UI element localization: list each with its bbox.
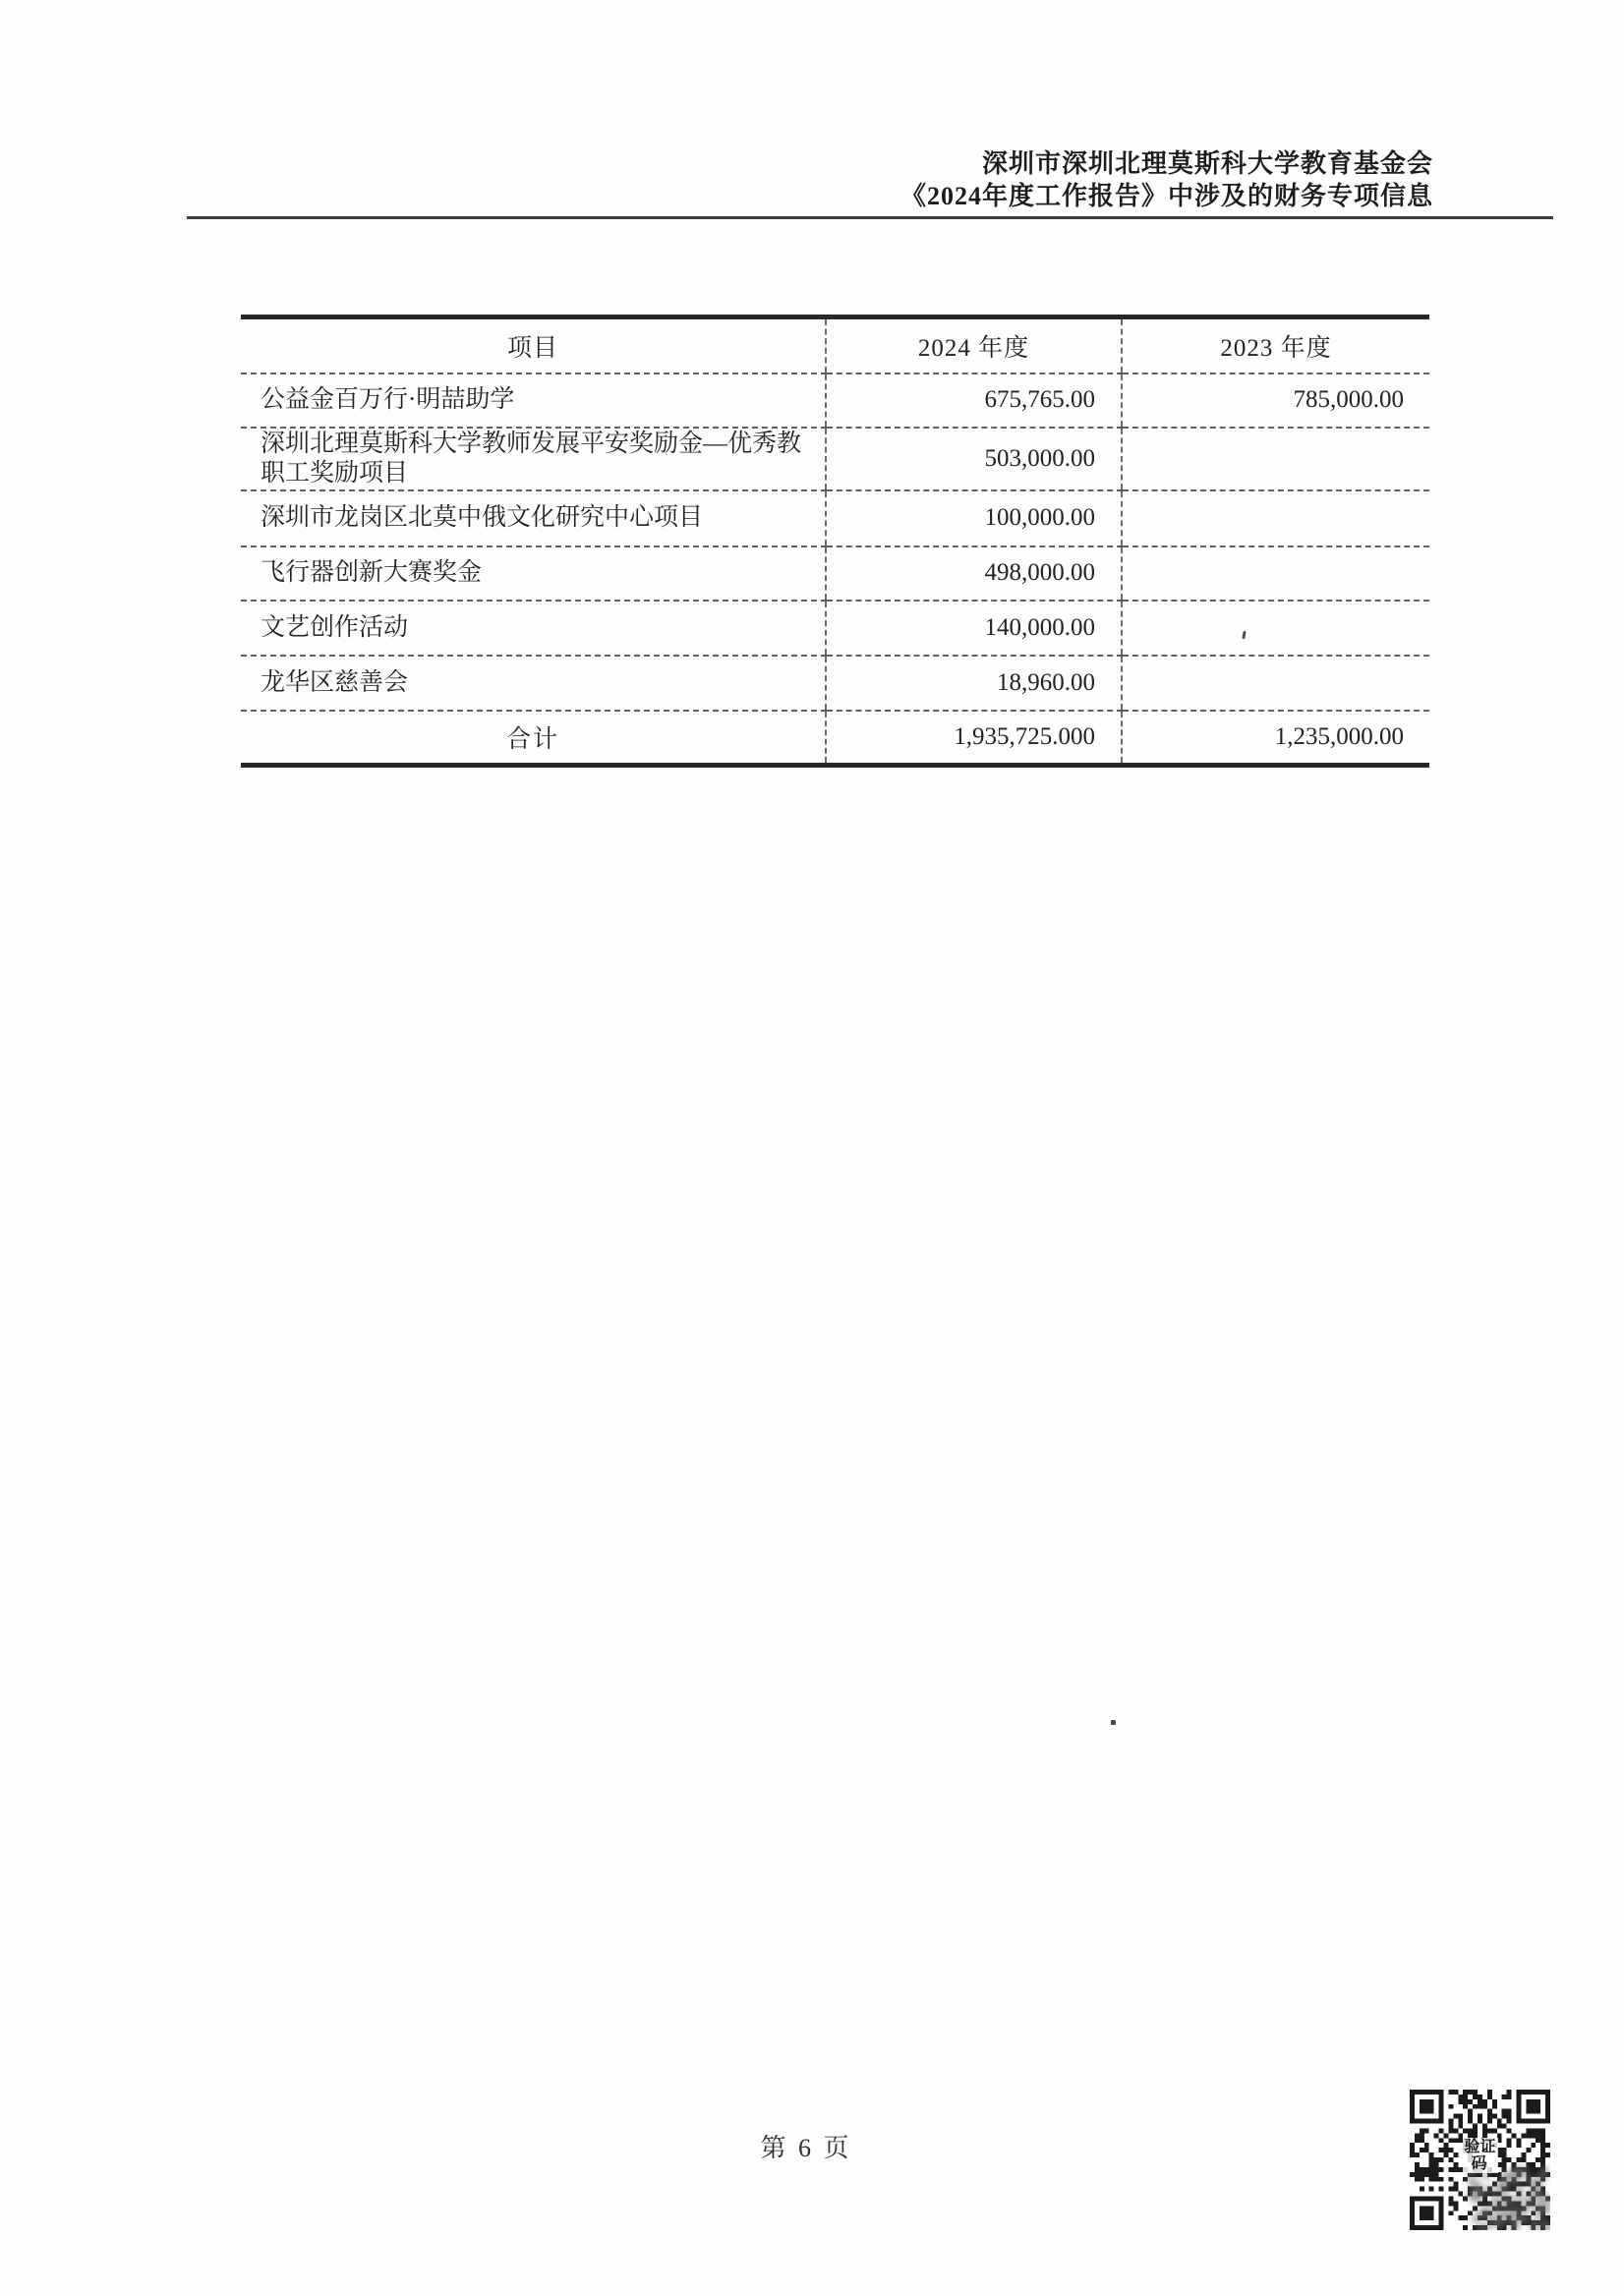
table-row: 飞行器创新大赛奖金 498,000.00 — [241, 546, 1429, 601]
col-header-2024: 2024 年度 — [826, 317, 1122, 373]
amount-2023-cell — [1122, 656, 1429, 711]
table-row: 龙华区慈善会 18,960.00 — [241, 656, 1429, 711]
project-name-cell: 文艺创作活动 — [241, 601, 826, 656]
amount-2024-cell: 100,000.00 — [826, 490, 1122, 546]
scan-speck — [1111, 1720, 1116, 1725]
header-org-name: 深圳市深圳北理莫斯科大学教育基金会 — [900, 147, 1433, 180]
amount-2024-cell: 498,000.00 — [826, 546, 1122, 601]
amount-2023-cell — [1122, 601, 1429, 656]
total-label-cell: 合计 — [241, 711, 826, 766]
amount-2023-cell — [1122, 546, 1429, 601]
project-name-cell: 深圳市龙岗区北莫中俄文化研究中心项目 — [241, 490, 826, 546]
table-row: 深圳市龙岗区北莫中俄文化研究中心项目 100,000.00 — [241, 490, 1429, 546]
table-header-row: 项目 2024 年度 2023 年度 — [241, 317, 1429, 373]
project-name-cell: 公益金百万行·明喆助学 — [241, 373, 826, 428]
table-row: 公益金百万行·明喆助学 675,765.00 785,000.00 — [241, 373, 1429, 428]
page-number: 第 6 页 — [708, 2128, 904, 2164]
amount-2023-cell: 785,000.00 — [1122, 373, 1429, 428]
amount-2024-cell: 140,000.00 — [826, 601, 1122, 656]
qr-label-line2: 码 — [1471, 2155, 1488, 2172]
amount-2024-cell: 18,960.00 — [826, 656, 1122, 711]
table-row: 深圳北理莫斯科大学教师发展平安奖励金—优秀教职工奖励项目 503,000.00 — [241, 428, 1429, 490]
amount-2024-cell: 503,000.00 — [826, 428, 1122, 490]
project-name-cell: 龙华区慈善会 — [241, 656, 826, 711]
qr-code: 验证 码 — [1410, 2090, 1550, 2230]
total-row: 合计 1,935,725.000 1,235,000.00 — [241, 711, 1429, 766]
total-2024-cell: 1,935,725.000 — [826, 711, 1122, 766]
total-2023-cell: 1,235,000.00 — [1122, 711, 1429, 766]
project-name-cell: 深圳北理莫斯科大学教师发展平安奖励金—优秀教职工奖励项目 — [241, 428, 826, 490]
financial-projects-table: 项目 2024 年度 2023 年度 公益金百万行·明喆助学 675,765.0… — [241, 315, 1429, 768]
qr-label-line1: 验证 — [1464, 2139, 1495, 2155]
document-header: 深圳市深圳北理莫斯科大学教育基金会 《2024年度工作报告》中涉及的财务专项信息 — [900, 147, 1433, 212]
document-page: 深圳市深圳北理莫斯科大学教育基金会 《2024年度工作报告》中涉及的财务专项信息… — [0, 0, 1624, 2296]
table-row: 文艺创作活动 140,000.00 — [241, 601, 1429, 656]
qr-verification-label: 验证 码 — [1462, 2138, 1497, 2173]
col-header-project: 项目 — [241, 317, 826, 373]
header-divider — [187, 216, 1553, 219]
amount-2024-cell: 675,765.00 — [826, 373, 1122, 428]
header-report-title: 《2024年度工作报告》中涉及的财务专项信息 — [900, 180, 1433, 212]
amount-2023-cell — [1122, 490, 1429, 546]
col-header-2023: 2023 年度 — [1122, 317, 1429, 373]
amount-2023-cell — [1122, 428, 1429, 490]
project-name-cell: 飞行器创新大赛奖金 — [241, 546, 826, 601]
